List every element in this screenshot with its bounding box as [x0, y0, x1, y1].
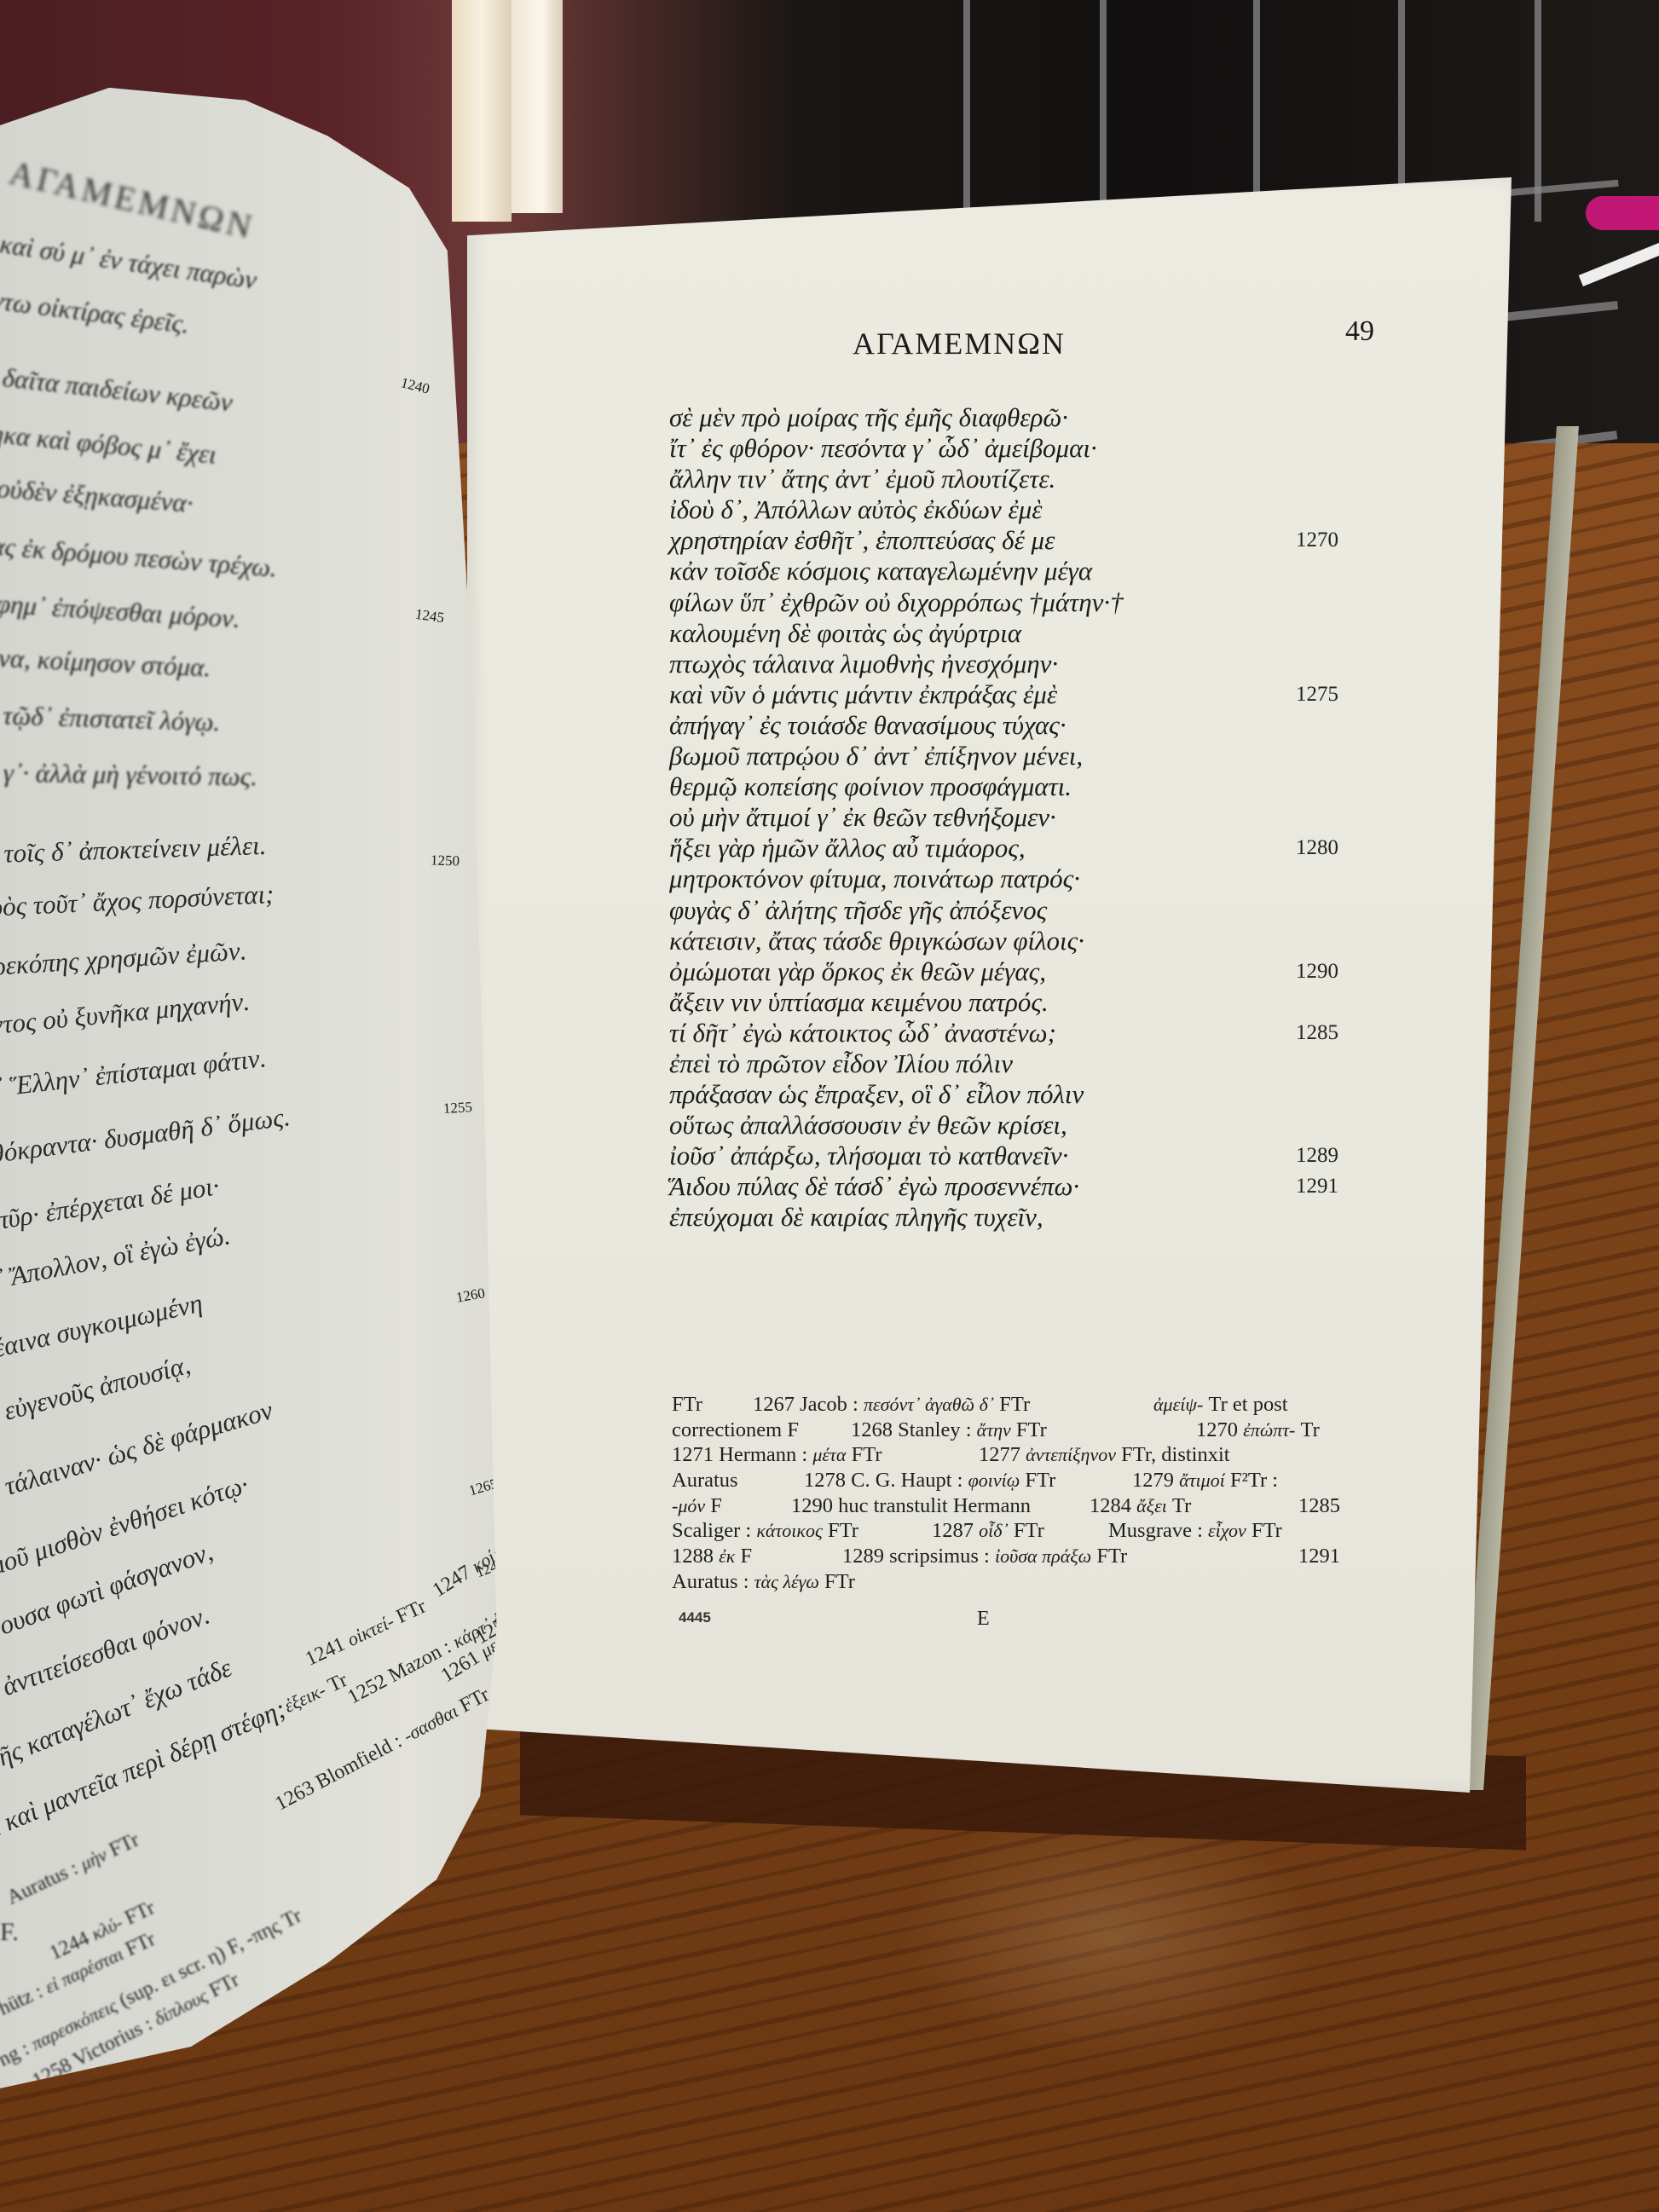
left-verse-line: νδρὸς τοῦτ᾽ ἄχος πορσύνεται;: [0, 879, 275, 924]
left-line-number: 1240: [399, 374, 431, 398]
printer-signature: 4445: [679, 1609, 711, 1626]
greek-reading: ἐπώπτ-: [1243, 1419, 1295, 1441]
verse-line: καλουμένη δὲ φοιτὰς ὡς ἀγύρτρια: [669, 618, 1402, 649]
verse-text: φυγὰς δ᾽ ἀλήτης τῆσδε γῆς ἀπόξενος: [669, 895, 1047, 926]
verse-line: ἰοῦσ᾽ ἀπάρξω, τλήσομαι τὸ κατθανεῖν·1289: [669, 1141, 1402, 1171]
apparatus-entry: 1270 ἐπώπτ- Tr: [1196, 1418, 1320, 1443]
greek-reading: τὰς λέγω: [754, 1571, 819, 1592]
line-number: 1275: [1296, 679, 1338, 710]
line-number: 1290: [1296, 956, 1338, 987]
verse-text: κἀν τοῖσδε κόσμοις καταγελωμένην μέγα: [669, 556, 1092, 586]
verse-line: Ἅιδου πύλας δὲ τάσδ᾽ ἐγὼ προσεννέπω·1291: [669, 1171, 1402, 1202]
left-verse-line: πυθόκραντα· δυσμαθῆ δ᾽ ὅμως.: [0, 1101, 292, 1173]
verse-line: πράξασαν ὡς ἔπραξεν, οἳ δ᾽ εἷλον πόλιν: [669, 1079, 1402, 1110]
rack-bar: [1100, 0, 1107, 222]
verse-line: οὐ μὴν ἄτιμοί γ᾽ ἐκ θεῶν τεθνήξομεν·: [669, 802, 1402, 833]
left-trailing-mark: F.: [0, 1918, 19, 1947]
left-verse-line: παρεκόπης χρησμῶν ἐμῶν.: [0, 935, 247, 984]
apparatus-entry: 1271 Hermann : μέτα FTr: [672, 1442, 882, 1468]
verse-line: ἐπεὶ τὸ πρῶτον εἶδον Ἰλίου πόλιν: [669, 1048, 1402, 1079]
greek-reading: ἰοῦσα πράξω: [995, 1545, 1091, 1567]
verse-text: χρηστηρίαν ἐσθῆτ᾽, ἐποπτεύσας δέ με: [669, 525, 1055, 556]
verse-text: Ἅιδου πύλας δὲ τάσδ᾽ ἐγὼ προσεννέπω·: [669, 1171, 1079, 1202]
verse-line: ἴτ᾽ ἐς φθόρον· πεσόντα γ᾽ ὧδ᾽ ἀμείβομαι·: [669, 433, 1402, 464]
greek-reading: φοινίῳ: [968, 1470, 1020, 1491]
greek-reading: οἶδ᾽: [979, 1520, 1009, 1541]
apparatus-entry: Musgrave : εἶχον FTr: [1108, 1518, 1282, 1544]
apparatus-entry: Scaliger : κάτοικος FTr: [672, 1518, 858, 1544]
left-verse-line: ἂς οὐδὲν ἐξῃκασμένα·: [0, 471, 194, 519]
verse-line: θερμῷ κοπείσης φοίνιον προσφάγματι.: [669, 771, 1402, 802]
apparatus-entry: 1288 ἐκ F: [672, 1544, 752, 1569]
apparatus-entry: 1278 C. G. Haupt : φοινίῳ FTr: [804, 1468, 1055, 1493]
verse-line: σὲ μὲν πρὸ μοίρας τῆς ἐμῆς διαφθερῶ·: [669, 402, 1402, 433]
line-number: 1270: [1296, 525, 1338, 556]
apparatus-entry: 1287 οἶδ᾽ FTr: [932, 1518, 1044, 1544]
table-reflection: [895, 1807, 1321, 2063]
greek-reading: ἄξει: [1136, 1495, 1167, 1516]
greek-reading: ἄτιμοί: [1179, 1470, 1225, 1491]
left-line-number: 1245: [414, 606, 445, 627]
apparatus-line: FTr1267 Jacob : πεσόντ᾽ ἀγαθῶ δ᾽ FTrἀμεί…: [672, 1392, 1354, 1418]
greek-reading: -σασθαι: [400, 1700, 462, 1746]
apparatus-line: -μόν F1290 huc transtulit Hermann1284 ἄξ…: [672, 1493, 1354, 1519]
verse-line: ἥξει γὰρ ἡμῶν ἄλλος αὖ τιμάορος,1280: [669, 833, 1402, 863]
apparatus-entry: 1289 scripsimus : ἰοῦσα πράξω FTr: [842, 1544, 1127, 1569]
apparatus-line: 1271 Hermann : μέτα FTr1277 ἀντεπίξηνον …: [672, 1442, 1354, 1468]
left-line-number: 1260: [455, 1285, 487, 1307]
verse-text: τί δῆτ᾽ ἐγὼ κάτοικτος ὧδ᾽ ἀναστένω;: [669, 1018, 1056, 1048]
verse-text: βωμοῦ πατρῴου δ᾽ ἀντ᾽ ἐπίξηνον μένει,: [669, 741, 1083, 771]
verse-text: ἄξειν νιν ὑπτίασμα κειμένου πατρός.: [669, 987, 1049, 1018]
rack-bar: [963, 0, 970, 222]
left-verse-line: ν γ᾽ Ἕλλην᾽ ἐπίσταμαι φάτιν.: [0, 1042, 268, 1106]
greek-reading: μέτα: [812, 1444, 846, 1465]
verse-line: κάτεισιν, ἄτας τάσδε θριγκώσων φίλοις·: [669, 926, 1402, 956]
apparatus-entry: 1268 Stanley : ἄτην FTr: [851, 1418, 1047, 1443]
line-number: 1285: [1296, 1018, 1338, 1048]
running-head: ΑΓΑΜΕΜΝΩΝ: [853, 326, 1066, 361]
verse-line: καὶ νῦν ὁ μάντις μάντιν ἐκπράξας ἐμὲ1275: [669, 679, 1402, 710]
verse-text: οὕτως ἀπαλλάσσουσιν ἐν θεῶν κρίσει,: [669, 1110, 1067, 1141]
verse-line: ἰδοὺ δ᾽, Ἀπόλλων αὐτὸς ἐκδύων ἐμὲ: [669, 494, 1402, 525]
line-number: 1289: [1296, 1141, 1338, 1171]
apparatus-entry: 1290 huc transtulit Hermann: [791, 1493, 1031, 1519]
verse-text: ἰδοὺ δ᾽, Ἀπόλλων αὐτὸς ἐκδύων ἐμὲ: [669, 494, 1043, 525]
verse-text: ἐπεύχομαι δὲ καιρίας πληγῆς τυχεῖν,: [669, 1202, 1043, 1233]
apparatus-entry: 1277 ἀντεπίξηνον FTr, distinxit: [979, 1442, 1230, 1468]
rack-bar: [1535, 0, 1541, 222]
verse-text: σὲ μὲν πρὸ μοίρας τῆς ἐμῆς διαφθερῶ·: [669, 402, 1068, 433]
verse-line: πτωχὸς τάλαινα λιμοθνὴς ἠνεσχόμην·: [669, 649, 1402, 679]
greek-reading: ἐκ: [719, 1545, 735, 1567]
apparatus-line: Scaliger : κάτοικος FTr1287 οἶδ᾽ FTrMusg…: [672, 1518, 1354, 1544]
apparatus-entry: 1279 ἄτιμοί F²Tr :: [1132, 1468, 1278, 1493]
greek-reading: πεσόντ᾽ ἀγαθῶ δ᾽: [864, 1394, 994, 1415]
greek-reading: ἀμείψ-: [1153, 1394, 1203, 1415]
apparatus-line: Auratus1278 C. G. Haupt : φοινίῳ FTr1279…: [672, 1468, 1354, 1493]
left-verse-line: ὢν δαῖτα παιδείων κρεῶν: [0, 358, 234, 418]
left-verse-line: χῃ, τοῖς δ᾽ ἀποκτείνειν μέλει.: [0, 830, 267, 870]
page-number: 49: [1345, 315, 1374, 348]
verse-text: καὶ νῦν ὁ μάντις μάντιν ἐκπράξας ἐμὲ: [669, 679, 1057, 710]
apparatus-entry: 1291: [1298, 1544, 1340, 1569]
left-verse-line: ύσας ἐκ δρόμου πεσὼν τρέχω.: [0, 528, 278, 584]
left-verse-line: ὢν τῷδ᾽ ἐπιστατεῖ λόγῳ.: [0, 699, 221, 737]
greek-reading: οἰκτεί-: [344, 1610, 397, 1650]
verse-line: ἀπήγαγ᾽ ἐς τοιάσδε θανασίμους τύχας·: [669, 710, 1402, 741]
verse-line: τί δῆτ᾽ ἐγὼ κάτοικτος ὧδ᾽ ἀναστένω;1285: [669, 1018, 1402, 1048]
verse-text: ἥξει γὰρ ἡμῶν ἄλλος αὖ τιμάορος,: [669, 833, 1026, 863]
verse-text: καλουμένη δὲ φοιτὰς ὡς ἀγύρτρια: [669, 618, 1021, 649]
left-verse-line: ὑρηκα καὶ φόβος μ᾽ ἔχει: [0, 416, 218, 471]
greek-reading: μὴν: [77, 1844, 110, 1874]
greek-reading: ἐξεικ-: [280, 1679, 329, 1717]
verse-line: ἄλλην τιν᾽ ἄτης ἀντ᾽ ἐμοῦ πλουτίζετε.: [669, 464, 1402, 494]
left-verse-line: οῦντος οὐ ξυνῆκα μηχανήν.: [0, 986, 251, 1043]
verse-text: οὐ μὴν ἄτιμοί γ᾽ ἐκ θεῶν τεθνήξομεν·: [669, 802, 1056, 833]
verse-text: κάτεισιν, ἄτας τάσδε θριγκώσων φίλοις·: [669, 926, 1084, 956]
verse-text: ἄλλην τιν᾽ ἄτης ἀντ᾽ ἐμοῦ πλουτίζετε.: [669, 464, 1055, 494]
left-verse-line: πόντω οἰκτίρας ἐρεῖς.: [0, 281, 191, 340]
verse-block: σὲ μὲν πρὸ μοίρας τῆς ἐμῆς διαφθερῶ·ἴτ᾽ …: [669, 402, 1402, 1233]
rack-bar: [1253, 0, 1260, 222]
critical-apparatus: FTr1267 Jacob : πεσόντ᾽ ἀγαθῶ δ᾽ FTrἀμεί…: [672, 1392, 1354, 1595]
left-running-head: ΑΓΑΜΕΜΝΩΝ: [6, 153, 259, 248]
verse-text: μητροκτόνον φίτυμα, ποινάτωρ πατρός·: [669, 863, 1080, 894]
verse-text: ἰοῦσ᾽ ἀπάρξω, τλήσομαι τὸ κατθανεῖν·: [669, 1141, 1068, 1171]
apparatus-entry: ἀμείψ- Tr et post: [1153, 1392, 1288, 1418]
apparatus-entry: 1267 Jacob : πεσόντ᾽ ἀγαθῶ δ᾽ FTr: [753, 1392, 1030, 1418]
apparatus-entry: correctionem F: [672, 1418, 799, 1443]
left-verse-line: λαινα, κοίμησον στόμα.: [0, 641, 211, 684]
apparatus-entry: 1284 ἄξει Tr: [1090, 1493, 1191, 1519]
apparatus-line: 1288 ἐκ F1289 scripsimus : ἰοῦσα πράξω F…: [672, 1544, 1354, 1569]
verse-line: φίλων ὕπ᾽ ἐχθρῶν οὐ διχορρόπως †μάτην·†: [669, 587, 1402, 618]
left-line-number: 1255: [442, 1099, 472, 1118]
line-number: 1291: [1296, 1171, 1338, 1202]
verse-text: θερμῷ κοπείσης φοίνιον προσφάγματι.: [669, 771, 1072, 802]
left-apparatus-entry: ἐξεικ- Tr: [280, 1669, 351, 1718]
apparatus-entry: Auratus : τὰς λέγω FTr: [672, 1569, 855, 1595]
greek-reading: εἶχον: [1208, 1520, 1246, 1541]
greek-reading: κλύ-: [88, 1912, 126, 1945]
line-number: 1280: [1296, 833, 1338, 863]
greek-reading: ἀντεπίξηνον: [1026, 1444, 1116, 1465]
verse-line: φυγὰς δ᾽ ἀλήτης τῆσδε γῆς ἀπόξενος: [669, 895, 1402, 926]
verse-text: πράξασαν ὡς ἔπραξεν, οἳ δ᾽ εἷλον πόλιν: [669, 1079, 1084, 1110]
verse-text: φίλων ὕπ᾽ ἐχθρῶν οὐ διχορρόπως †μάτην·†: [669, 587, 1124, 618]
gathering-mark: E: [977, 1608, 990, 1631]
verse-text: ὀμώμοται γὰρ ὅρκος ἐκ θεῶν μέγας,: [669, 956, 1046, 987]
apparatus-entry: -μόν F: [672, 1493, 722, 1519]
apparatus-entry: FTr: [672, 1392, 702, 1418]
verse-text: ἴτ᾽ ἐς φθόρον· πεσόντα γ᾽ ὧδ᾽ ἀμείβομαι·: [669, 433, 1097, 464]
verse-text: πτωχὸς τάλαινα λιμοθνὴς ἠνεσχόμην·: [669, 649, 1058, 679]
apparatus-line: Auratus : τὰς λέγω FTr: [672, 1569, 1354, 1595]
verse-line: οὕτως ἀπαλλάσσουσιν ἐν θεῶν κρίσει,: [669, 1110, 1402, 1141]
verse-line: ἐπεύχομαι δὲ καιρίας πληγῆς τυχεῖν,: [669, 1202, 1402, 1233]
verse-text: ἀπήγαγ᾽ ἐς τοιάσδε θανασίμους τύχας·: [669, 710, 1066, 741]
verse-line: ἄξειν νιν ὑπτίασμα κειμένου πατρός.: [669, 987, 1402, 1018]
verse-line: ὀμώμοται γὰρ ὅρκος ἐκ θεῶν μέγας,1290: [669, 956, 1402, 987]
apparatus-line: correctionem F1268 Stanley : ἄτην FTr127…: [672, 1418, 1354, 1443]
background-white-panel: [512, 0, 563, 213]
left-verse-line: τρα καὶ μαντεῖα περὶ δέρῃ στέφη;: [0, 1694, 290, 1854]
left-verse-line: ται γ᾽· ἀλλὰ μὴ γένοιτό πως.: [0, 757, 257, 792]
left-line-number: 1250: [431, 852, 460, 869]
apparatus-entry: Auratus: [672, 1468, 738, 1493]
greek-reading: κάτοικος: [756, 1520, 823, 1541]
greek-reading: ἄτην: [977, 1419, 1011, 1441]
verse-line: χρηστηρίαν ἐσθῆτ᾽, ἐποπτεύσας δέ με1270: [669, 525, 1402, 556]
greek-reading: -μόν: [672, 1495, 705, 1516]
left-apparatus-entry: Auratus : μὴν FTr: [3, 1828, 142, 1909]
background-magenta-object: [1586, 196, 1659, 230]
verse-line: μητροκτόνον φίτυμα, ποινάτωρ πατρός·: [669, 863, 1402, 894]
verse-line: βωμοῦ πατρῴου δ᾽ ἀντ᾽ ἐπίξηνον μένει,: [669, 741, 1402, 771]
background-white-panel: [452, 0, 512, 222]
verse-text: ἐπεὶ τὸ πρῶτον εἶδον Ἰλίου πόλιν: [669, 1048, 1013, 1079]
left-verse-line: τος εὐγενοῦς ἀπουσίᾳ,: [0, 1349, 194, 1436]
left-verse-line: σέ φημ᾽ ἐπόψεσθαι μόρον.: [0, 586, 241, 634]
apparatus-entry: 1285: [1298, 1493, 1340, 1519]
verse-line: κἀν τοῖσδε κόσμοις καταγελωμένην μέγα: [669, 556, 1402, 586]
